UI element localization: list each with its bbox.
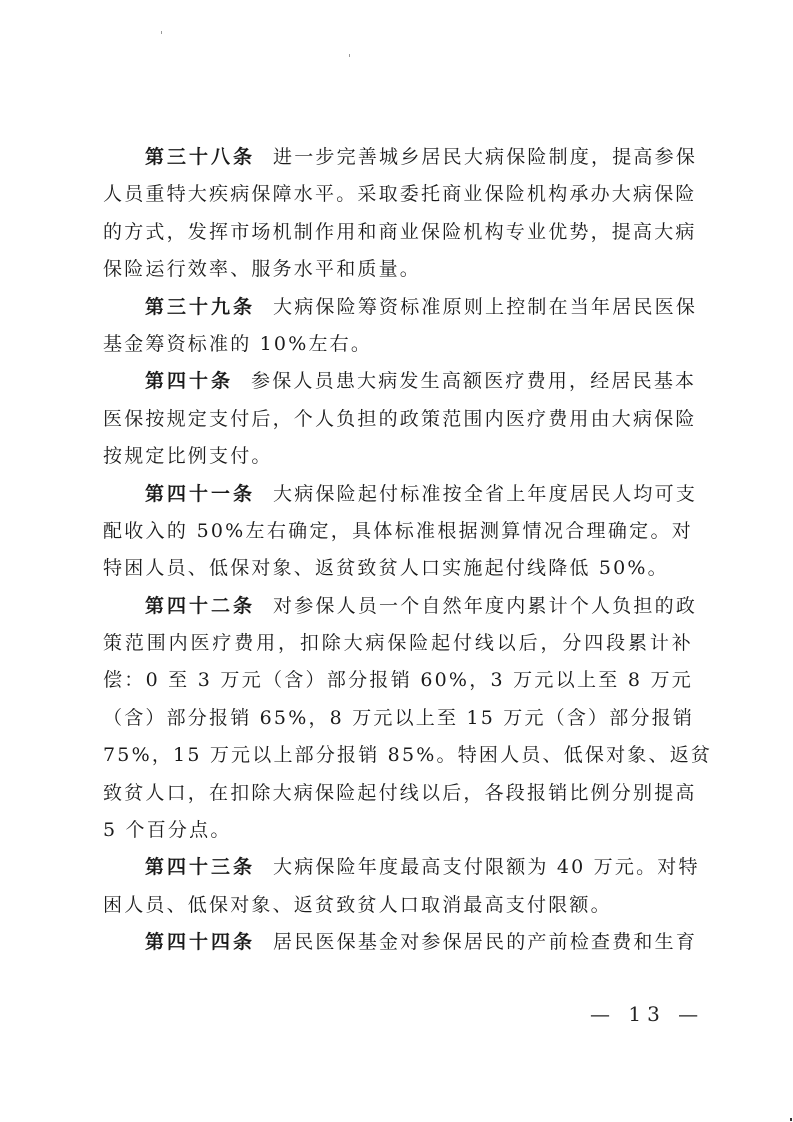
article-text: 特困人员、低保对象、返贫致贫人口实施起付线降低 50%。 (103, 553, 693, 590)
article-39-line-2: 基金筹资标准的 10%左右。 (103, 329, 693, 366)
article-number: 第三十八条 (145, 142, 255, 179)
article-44-line-1: 第四十四条 居民医保基金对参保居民的产前检查费和生育 (103, 927, 693, 964)
article-text: 配收入的 50%左右确定，具体标准根据测算情况合理确定。对 (103, 516, 693, 553)
article-42-line-1: 第四十二条 对参保人员一个自然年度内累计个人负担的政 (103, 591, 693, 628)
article-text: 困人员、低保对象、返贫致贫人口取消最高支付限额。 (103, 890, 693, 927)
article-text: 大病保险年度最高支付限额为 40 万元。对特 (273, 852, 700, 889)
article-42-line-2: 策范围内医疗费用，扣除大病保险起付线以后，分四段累计补 (103, 628, 693, 665)
article-42-line-4: （含）部分报销 65%，8 万元以上至 15 万元（含）部分报销 (103, 703, 693, 740)
article-38-line-4: 保险运行效率、服务水平和质量。 (103, 254, 693, 291)
page-number: — 13 — (590, 1002, 704, 1026)
article-number: 第四十二条 (145, 591, 255, 628)
article-text: 对参保人员一个自然年度内累计个人负担的政 (273, 591, 697, 628)
article-41-line-2: 配收入的 50%左右确定，具体标准根据测算情况合理确定。对 (103, 516, 693, 553)
article-43-line-1: 第四十三条 大病保险年度最高支付限额为 40 万元。对特 (103, 852, 693, 889)
article-42-line-5: 75%，15 万元以上部分报销 85%。特困人员、低保对象、返贫 (103, 740, 693, 777)
article-number: 第四十一条 (145, 479, 255, 516)
article-text: 策范围内医疗费用，扣除大病保险起付线以后，分四段累计补 (103, 628, 693, 665)
article-text: 基金筹资标准的 10%左右。 (103, 329, 693, 366)
article-text: 人员重特大疾病保障水平。采取委托商业保险机构承办大病保险 (103, 179, 697, 216)
article-text: 保险运行效率、服务水平和质量。 (103, 254, 693, 291)
article-text: 大病保险筹资标准原则上控制在当年居民医保 (273, 292, 697, 329)
article-number: 第四十三条 (145, 852, 255, 889)
document-page: 第三十八条 进一步完善城乡居民大病保险制度，提高参保 人员重特大疾病保障水平。采… (0, 0, 793, 1122)
article-43-line-2: 困人员、低保对象、返贫致贫人口取消最高支付限额。 (103, 890, 693, 927)
article-38-line-3: 的方式，发挥市场机制作用和商业保险机构专业优势，提高大病 (103, 217, 693, 254)
article-text: 的方式，发挥市场机制作用和商业保险机构专业优势，提高大病 (103, 217, 697, 254)
scan-speck (790, 1118, 792, 1121)
article-text: 大病保险起付标准按全省上年度居民人均可支 (273, 479, 697, 516)
article-text: 居民医保基金对参保居民的产前检查费和生育 (273, 927, 697, 964)
article-number: 第四十四条 (145, 927, 255, 964)
article-40-line-1: 第四十条 参保人员患大病发生高额医疗费用，经居民基本 (103, 366, 693, 403)
article-38-line-1: 第三十八条 进一步完善城乡居民大病保险制度，提高参保 (103, 142, 693, 179)
article-text: （含）部分报销 65%，8 万元以上至 15 万元（含）部分报销 (103, 703, 694, 740)
scan-speck (161, 31, 162, 34)
article-text: 医保按规定支付后，个人负担的政策范围内医疗费用由大病保险 (103, 404, 697, 441)
article-42-line-3: 偿：0 至 3 万元（含）部分报销 60%，3 万元以上至 8 万元 (103, 665, 693, 702)
scan-speck (349, 54, 350, 57)
document-body: 第三十八条 进一步完善城乡居民大病保险制度，提高参保 人员重特大疾病保障水平。采… (103, 142, 693, 965)
article-40-line-2: 医保按规定支付后，个人负担的政策范围内医疗费用由大病保险 (103, 404, 693, 441)
article-39-line-1: 第三十九条 大病保险筹资标准原则上控制在当年居民医保 (103, 292, 693, 329)
article-text: 75%，15 万元以上部分报销 85%。特困人员、低保对象、返贫 (103, 740, 712, 777)
article-40-line-3: 按规定比例支付。 (103, 441, 693, 478)
article-text: 致贫人口，在扣除大病保险起付线以后，各段报销比例分别提高 (103, 778, 697, 815)
article-number: 第四十条 (145, 366, 233, 403)
article-text: 偿：0 至 3 万元（含）部分报销 60%，3 万元以上至 8 万元 (103, 665, 693, 702)
article-number: 第三十九条 (145, 292, 255, 329)
article-41-line-3: 特困人员、低保对象、返贫致贫人口实施起付线降低 50%。 (103, 553, 693, 590)
article-text: 按规定比例支付。 (103, 441, 693, 478)
article-42-line-7: 5 个百分点。 (103, 815, 693, 852)
article-text: 参保人员患大病发生高额医疗费用，经居民基本 (251, 366, 696, 403)
article-text: 进一步完善城乡居民大病保险制度，提高参保 (273, 142, 697, 179)
article-41-line-1: 第四十一条 大病保险起付标准按全省上年度居民人均可支 (103, 479, 693, 516)
article-text: 5 个百分点。 (103, 815, 693, 852)
article-38-line-2: 人员重特大疾病保障水平。采取委托商业保险机构承办大病保险 (103, 179, 693, 216)
article-42-line-6: 致贫人口，在扣除大病保险起付线以后，各段报销比例分别提高 (103, 778, 693, 815)
